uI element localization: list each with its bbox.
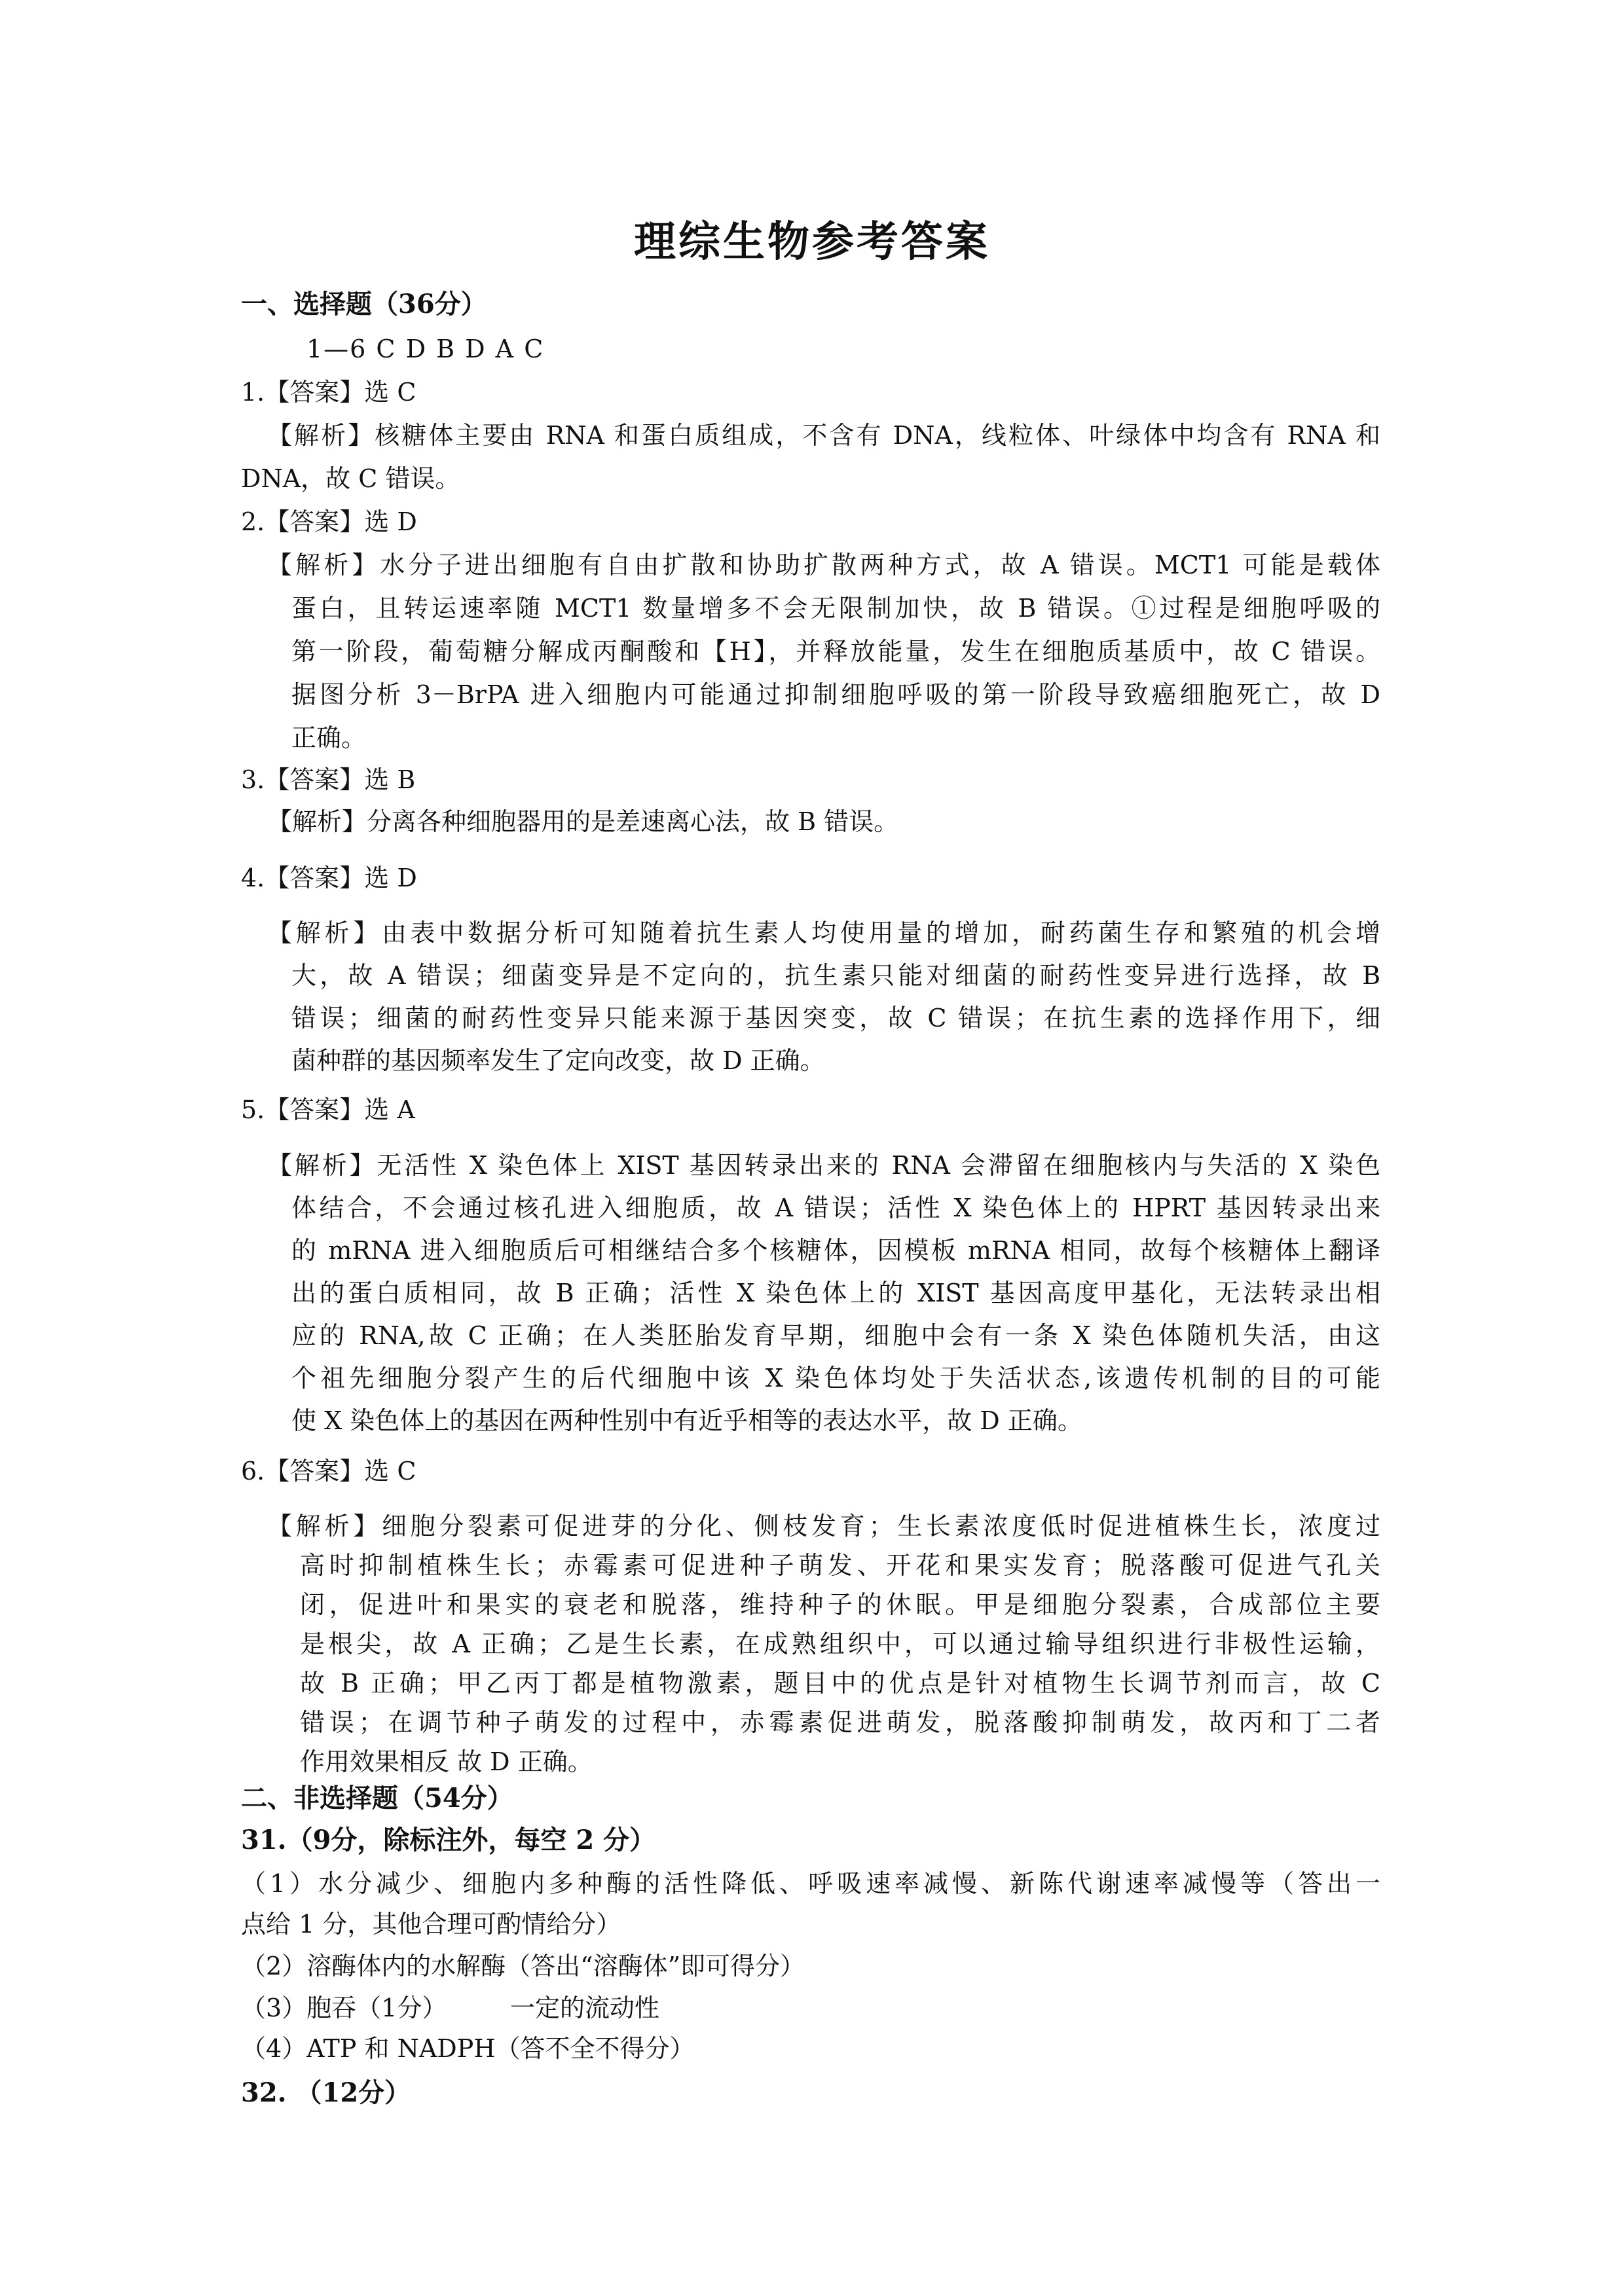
q6-analysis-line: 【解析】细胞分裂素可促进芽的分化、侧枝发育；生长素浓度低时促进植株生长，浓度过 bbox=[267, 1510, 1380, 1542]
q4-answer: 4.【答案】选 D bbox=[241, 862, 417, 894]
q4-analysis-line: 菌种群的基因频率发生了定向改变，故 D 正确。 bbox=[291, 1044, 825, 1077]
q4-analysis-line: 【解析】由表中数据分析可知随着抗生素人均使用量的增加，耐药菌生存和繁殖的机会增 bbox=[267, 917, 1380, 949]
q5-analysis-line: 应的 RNA,故 C 正确；在人类胚胎发育早期，细胞中会有一条 X 染色体随机失… bbox=[291, 1319, 1380, 1352]
q6-analysis-line: 高时抑制植株生长；赤霉素可促进种子萌发、开花和果实发育；脱落酸可促进气孔关 bbox=[300, 1549, 1380, 1582]
q1-answer: 1.【答案】选 C bbox=[241, 376, 416, 409]
q2-analysis-line: 【解析】水分子进出细胞有自由扩散和协助扩散两种方式，故 A 错误。MCT1 可能… bbox=[267, 549, 1380, 581]
q2-answer: 2.【答案】选 D bbox=[241, 505, 417, 538]
q31-item: （3）胞吞（1分） 一定的流动性 bbox=[241, 1992, 659, 2024]
q5-analysis-line: 出的蛋白质相同，故 B 正确；活性 X 染色体上的 XIST 基因高度甲基化，无… bbox=[291, 1277, 1380, 1309]
q6-answer: 6.【答案】选 C bbox=[241, 1455, 416, 1487]
section-heading-non-multiple-choice: 二、非选择题（54分） bbox=[241, 1782, 513, 1815]
q5-answer: 5.【答案】选 A bbox=[241, 1093, 415, 1126]
q2-analysis-line: 第一阶段，葡萄糖分解成丙酮酸和【H】，并释放能量，发生在细胞质基质中，故 C 错… bbox=[291, 635, 1380, 668]
q5-analysis-line: 个祖先细胞分裂产生的后代细胞中该 X 染色体均处于失活状态,该遗传机制的目的可能 bbox=[291, 1362, 1380, 1394]
q31-item: 点给 1 分，其他合理可酌情给分） bbox=[241, 1908, 621, 1941]
q4-analysis-line: 大，故 A 错误；细菌变异是不定向的，抗生素只能对细菌的耐药性变异进行选择，故 … bbox=[291, 959, 1380, 992]
q6-analysis-line: 作用效果相反 故 D 正确。 bbox=[300, 1745, 593, 1778]
q6-analysis-line: 故 B 正确；甲乙丙丁都是植物激素，题目中的优点是针对植物生长调节剂而言，故 C bbox=[300, 1667, 1380, 1700]
section-heading-multiple-choice: 一、选择题（36分） bbox=[241, 288, 487, 321]
q31-heading: 31.（9分，除标注外，每空 2 分） bbox=[241, 1824, 655, 1857]
q5-analysis-line: 【解析】无活性 X 染色体上 XIST 基因转录出来的 RNA 会滞留在细胞核内… bbox=[267, 1149, 1380, 1182]
q3-analysis-line: 【解析】分离各种细胞器用的是差速离心法，故 B 错误。 bbox=[267, 805, 898, 838]
q2-analysis-line: 蛋白，且转运速率随 MCT1 数量增多不会无限制加快，故 B 错误。①过程是细胞… bbox=[291, 592, 1380, 625]
q6-analysis-line: 闭，促进叶和果实的衰老和脱落，维持种子的休眠。甲是细胞分裂素，合成部位主要 bbox=[300, 1588, 1380, 1621]
q6-analysis-line: 错误；在调节种子萌发的过程中，赤霉素促进萌发，脱落酸抑制萌发，故丙和丁二者 bbox=[300, 1706, 1380, 1739]
q5-analysis-line: 的 mRNA 进入细胞质后可相继结合多个核糖体，因模板 mRNA 相同，故每个核… bbox=[291, 1234, 1380, 1267]
q3-answer: 3.【答案】选 B bbox=[241, 763, 415, 796]
q2-analysis-line: 正确。 bbox=[291, 721, 366, 754]
q5-analysis-line: 使 X 染色体上的基因在两种性别中有近乎相等的表达水平，故 D 正确。 bbox=[291, 1404, 1082, 1437]
q31-item: （4）ATP 和 NADPH（答不全不得分） bbox=[241, 2032, 694, 2065]
page-title: 理综生物参考答案 bbox=[0, 208, 1624, 268]
q31-item: （1）水分减少、细胞内多种酶的活性降低、呼吸速率减慢、新陈代谢速率减慢等（答出一 bbox=[241, 1867, 1380, 1900]
q32-heading: 32. （12分） bbox=[241, 2077, 411, 2109]
q31-item: （2）溶酶体内的水解酶（答出“溶酶体”即可得分） bbox=[241, 1950, 805, 1982]
q2-analysis-line: 据图分析 3－BrPA 进入细胞内可能通过抑制细胞呼吸的第一阶段导致癌细胞死亡，… bbox=[291, 678, 1380, 711]
q5-analysis-line: 体结合，不会通过核孔进入细胞质，故 A 错误；活性 X 染色体上的 HPRT 基… bbox=[291, 1192, 1380, 1224]
q6-analysis-line: 是根尖，故 A 正确；乙是生长素，在成熟组织中，可以通过输导组织进行非极性运输， bbox=[300, 1628, 1380, 1660]
q1-analysis-line: 【解析】核糖体主要由 RNA 和蛋白质组成，不含有 DNA，线粒体、叶绿体中均含… bbox=[267, 419, 1380, 452]
answer-key-row: 1—6 C D B D A C bbox=[306, 333, 544, 365]
q4-analysis-line: 错误；细菌的耐药性变异只能来源于基因突变，故 C 错误；在抗生素的选择作用下，细 bbox=[291, 1002, 1380, 1034]
q1-analysis-line: DNA，故 C 错误。 bbox=[241, 462, 460, 495]
